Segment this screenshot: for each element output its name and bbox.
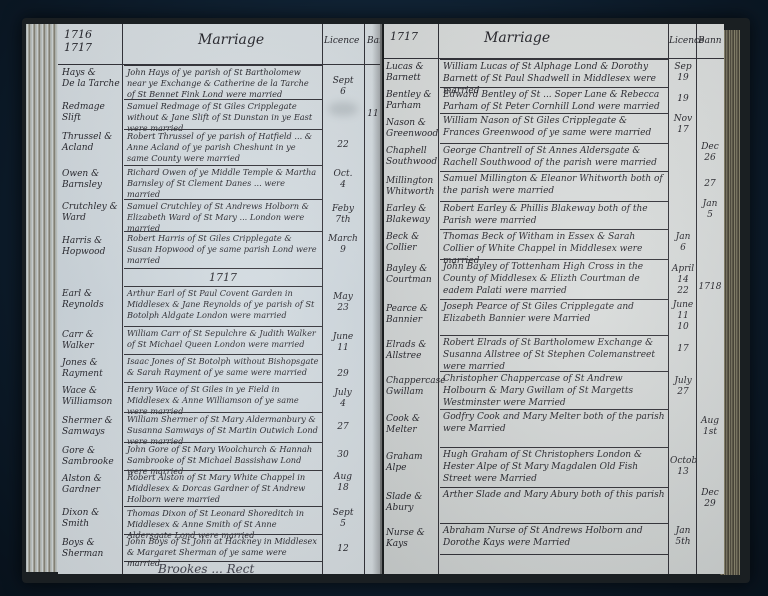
column-title: Marriage: [484, 30, 550, 46]
entry-surnames: Thrussel & Acland: [62, 132, 122, 154]
signature: Brookes ... Rect: [158, 562, 254, 574]
entry-banns-date: Dec 26: [697, 142, 723, 164]
entry-text: George Chantrell of St Annes Aldersgate …: [440, 143, 668, 171]
entry-date: 19: [670, 94, 696, 105]
entry-date: Jan 6: [670, 232, 696, 254]
entry-text: Robert Thrussel of ye parish of Hatfield…: [124, 129, 322, 165]
entry-date: June 11 10: [670, 300, 696, 333]
entry-surnames: Owen & Barnsley: [62, 169, 122, 191]
entry-surnames: Cook & Melter: [386, 414, 438, 436]
year-divider: 1717: [124, 268, 322, 284]
entry-surnames: Crutchley & Ward: [62, 202, 122, 224]
entry-date: Aug 18: [324, 472, 362, 494]
entry-text: Edward Bentley of St ... Soper Lane & Re…: [440, 87, 668, 113]
entry-text: Hugh Graham of St Christophers London & …: [440, 447, 668, 487]
entry-text: William Shermer of St Mary Aldermanbury …: [124, 412, 322, 442]
left-page: 1716 1717 Marriage Licence Ban Hays & De…: [58, 24, 382, 574]
entry-surnames: Elrads & Allstree: [386, 340, 438, 362]
entry-banns-date: 1718: [697, 282, 723, 293]
entry-banns-date: 27: [697, 179, 723, 190]
entry-text: Samuel Crutchley of St Andrews Holborn &…: [124, 199, 322, 231]
entry-text: John Gore of St Mary Woolchurch & Hannah…: [124, 442, 322, 470]
entry-text: Samuel Redmage of St Giles Cripplegate w…: [124, 99, 322, 129]
entry-date: Octob 13: [670, 456, 696, 478]
licence-column-rule: [668, 24, 669, 574]
entry-surnames: Gore & Sambrooke: [62, 446, 122, 468]
entry-text: Arther Slade and Mary Abury both of this…: [440, 487, 668, 523]
entry-text: John Boys of St John at Hackney in Middl…: [124, 534, 322, 562]
entry-text: Joseph Pearce of St Giles Cripplegate an…: [440, 299, 668, 335]
entry-text: William Nason of St Giles Cripplegate & …: [440, 113, 668, 143]
entry-text: Robert Alston of St Mary White Chappel i…: [124, 470, 322, 506]
entry-surnames: Alston & Gardner: [62, 474, 122, 496]
entry-text: Arthur Earl of St Paul Covent Garden in …: [124, 286, 322, 326]
entry-surnames: Lucas & Barnett: [386, 62, 438, 84]
entry-surnames: Jones & Rayment: [62, 358, 122, 380]
entry-banns-date: Aug 1st: [697, 416, 723, 438]
entry-text: William Lucas of St Alphage Lond & Dorot…: [440, 59, 668, 87]
entry-text: Isaac Jones of St Botolph without Bishop…: [124, 354, 322, 382]
entry-date: Nov 17: [670, 114, 696, 136]
entry-text: William Carr of St Sepulchre & Judith Wa…: [124, 326, 322, 354]
entry-text: Robert Earley & Phillis Blakeway both of…: [440, 201, 668, 229]
entry-surnames: Pearce & Bannier: [386, 304, 438, 326]
entry-surnames: Wace & Williamson: [62, 386, 122, 408]
entry-date: 27: [324, 422, 362, 433]
entry-surnames: Slade & Abury: [386, 492, 438, 514]
entry-text: Godfry Cook and Mary Melter both of the …: [440, 409, 668, 447]
entry-surnames: Redmage Slift: [62, 102, 122, 124]
entry-date: July 4: [324, 388, 362, 410]
entry-surnames: Earley & Blakeway: [386, 204, 438, 226]
entry-surnames: Beck & Collier: [386, 232, 438, 254]
entry-text: John Bayley of Tottenham High Cross in t…: [440, 259, 668, 299]
entry-banns-date: Jan 5: [697, 199, 723, 221]
year-label: 1716: [64, 28, 92, 41]
entry-date: Oct. 4: [324, 169, 362, 191]
entry-date: 30: [324, 450, 362, 461]
entry-text: Robert Elrads of St Bartholomew Exchange…: [440, 335, 668, 371]
entry-text: Richard Owen of ye Middle Temple & Marth…: [124, 165, 322, 199]
ink-smudge: [328, 102, 358, 116]
entry-surnames: Chaphell Southwood: [386, 146, 438, 168]
entry-date: Sep 19: [670, 62, 696, 84]
page-years: 1716 1717: [64, 28, 92, 54]
entry-surnames: Harris & Hopwood: [62, 236, 122, 258]
entry-surnames: Nason & Greenwood: [386, 118, 438, 140]
entry-date: March 9: [324, 234, 362, 256]
entry-text: Christopher Chappercase of St Andrew Hol…: [440, 371, 668, 409]
page-edges-left: [26, 24, 60, 572]
surname-column-rule: [122, 24, 123, 574]
entry-surnames: Bayley & Courtman: [386, 264, 438, 286]
entry-surnames: Chappercase Gwillam: [386, 376, 438, 398]
entry-surnames: Nurse & Kays: [386, 528, 438, 550]
entry-text: Abraham Nurse of St Andrews Holborn and …: [440, 523, 668, 555]
page-year: 1717: [390, 30, 418, 43]
entry-surnames: Bentley & Parham: [386, 90, 438, 112]
banns-column-rule: [364, 24, 365, 574]
entry-surnames: Hays & De la Tarche: [62, 68, 122, 90]
entry-text: Thomas Beck of Witham in Essex & Sarah C…: [440, 229, 668, 259]
licence-column-header: Licence: [324, 36, 359, 46]
entry-surnames: Earl & Reynolds: [62, 289, 122, 311]
entry-text: John Hays of ye parish of St Bartholomew…: [124, 65, 322, 99]
entry-date: 22: [324, 140, 362, 151]
entry-banns-date: Dec 29: [697, 488, 723, 510]
entry-surnames: Graham Alpe: [386, 452, 438, 474]
entry-text: Henry Wace of St Giles in ye Field in Mi…: [124, 382, 322, 412]
entry-surnames: Millington Whitworth: [386, 176, 438, 198]
entry-date: Sept 5: [324, 508, 362, 530]
entry-date: Sept 6: [324, 76, 362, 98]
entry-date: 12: [324, 544, 362, 555]
right-page: 1717 Marriage Licence Bann Lucas & Barne…: [384, 24, 724, 574]
entry-date: Jan 5th: [670, 526, 696, 548]
entry-surnames: Boys & Sherman: [62, 538, 122, 560]
entry-date: May 23: [324, 292, 362, 314]
entry-date: 17: [670, 344, 696, 355]
entry-date: July 27: [670, 376, 696, 398]
entry-date: Feby 7th: [324, 204, 362, 226]
surname-column-rule: [438, 24, 439, 574]
column-title: Marriage: [198, 32, 264, 48]
entry-text: Samuel Millington & Eleanor Whitworth bo…: [440, 171, 668, 201]
entry-date: April 14 22: [670, 264, 696, 297]
licence-column-rule: [322, 24, 323, 574]
year-label: 1717: [64, 41, 92, 54]
entry-surnames: Carr & Walker: [62, 330, 122, 352]
entry-text: Thomas Dixon of St Leonard Shoreditch in…: [124, 506, 322, 534]
entry-text: Robert Harris of St Giles Cripplegate & …: [124, 231, 322, 265]
entry-date: 29: [324, 369, 362, 380]
entry-surnames: Shermer & Samways: [62, 416, 122, 438]
entry-surnames: Dixon & Smith: [62, 508, 122, 530]
entry-date: June 11: [324, 332, 362, 354]
banns-column-header: Bann: [698, 36, 722, 46]
